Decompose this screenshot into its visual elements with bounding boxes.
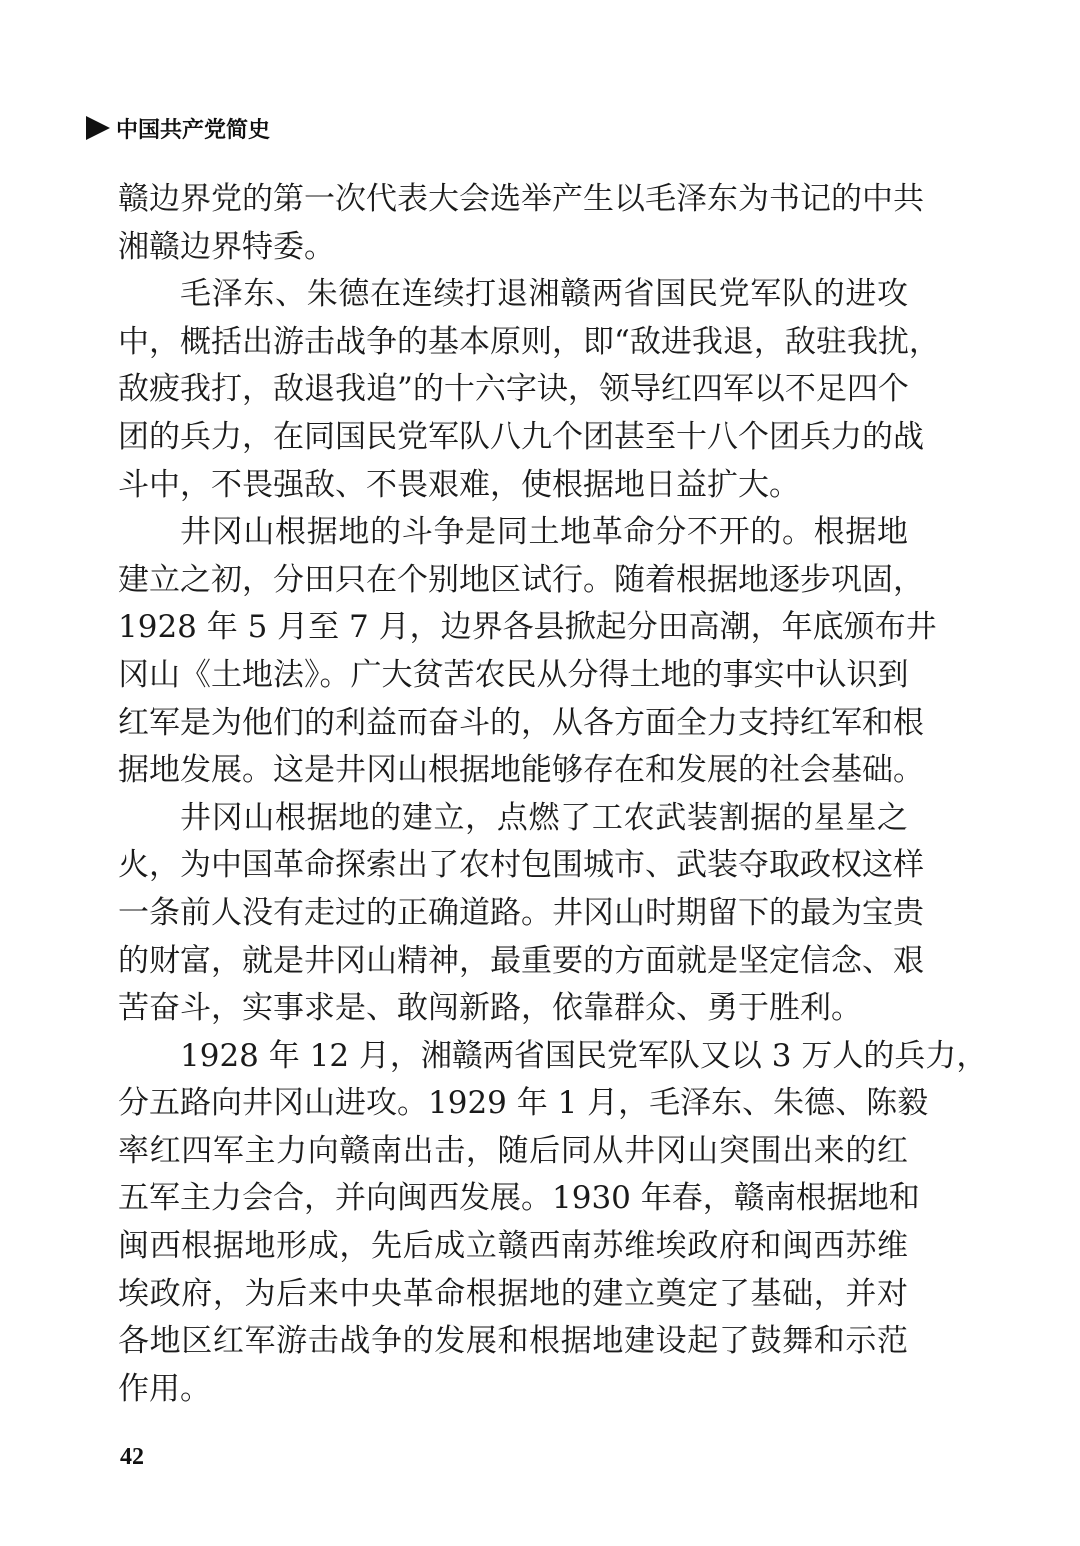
book-title: 中国共产党简史 bbox=[116, 113, 270, 144]
text-line: 苦奋斗，实事求是、敢闯新路，依靠群众、勇于胜利。 bbox=[118, 985, 908, 1033]
text-line: 五军主力会合，并向闽西发展。1930 年春，赣南根据地和 bbox=[118, 1175, 908, 1223]
text-line: 毛泽东、朱德在连续打退湘赣两省国民党军队的进攻 bbox=[118, 271, 908, 319]
text-line: 团的兵力，在同国民党军队八九个团甚至十八个团兵力的战 bbox=[118, 414, 908, 462]
paragraph: 井冈山根据地的建立，点燃了工农武装割据的星星之 火，为中国革命探索出了农村包围城… bbox=[118, 795, 908, 1033]
text-line: 井冈山根据地的斗争是同土地革命分不开的。根据地 bbox=[118, 509, 908, 557]
text-line: 率红四军主力向赣南出击，随后同从井冈山突围出来的红 bbox=[118, 1128, 908, 1176]
text-line: 红军是为他们的利益而奋斗的，从各方面全力支持红军和根 bbox=[118, 700, 908, 748]
text-line: 作用。 bbox=[118, 1366, 908, 1414]
text-line: 各地区红军游击战争的发展和根据地建设起了鼓舞和示范 bbox=[118, 1318, 908, 1366]
text-line: 敌疲我打，敌退我追”的十六字诀，领导红四军以不足四个 bbox=[118, 366, 908, 414]
text-line: 井冈山根据地的建立，点燃了工农武装割据的星星之 bbox=[118, 795, 908, 843]
text-line: 一条前人没有走过的正确道路。井冈山时期留下的最为宝贵 bbox=[118, 890, 908, 938]
text-line: 火，为中国革命探索出了农村包围城市、武装夺取政权这样 bbox=[118, 842, 908, 890]
text-line: 冈山《土地法》。广大贫苦农民从分得土地的事实中认识到 bbox=[118, 652, 908, 700]
text-line: 建立之初，分田只在个别地区试行。随着根据地逐步巩固， bbox=[118, 557, 908, 605]
paragraph: 井冈山根据地的斗争是同土地革命分不开的。根据地 建立之初，分田只在个别地区试行。… bbox=[118, 509, 908, 795]
text-line: 1928 年 12 月，湘赣两省国民党军队又以 3 万人的兵力， bbox=[118, 1033, 908, 1081]
text-line: 中，概括出游击战争的基本原则，即“敌进我退，敌驻我扰， bbox=[118, 319, 908, 367]
text-line: 据地发展。这是井冈山根据地能够存在和发展的社会基础。 bbox=[118, 747, 908, 795]
text-line: 湘赣边界特委。 bbox=[118, 224, 908, 272]
text-line: 分五路向井冈山进攻。1929 年 1 月，毛泽东、朱德、陈毅 bbox=[118, 1080, 908, 1128]
paragraph: 赣边界党的第一次代表大会选举产生以毛泽东为书记的中共 湘赣边界特委。 bbox=[118, 176, 908, 271]
triangle-right-icon bbox=[86, 116, 110, 140]
paragraph: 1928 年 12 月，湘赣两省国民党军队又以 3 万人的兵力， 分五路向井冈山… bbox=[118, 1033, 908, 1414]
text-line: 1928 年 5 月至 7 月，边界各县掀起分田高潮，年底颁布井 bbox=[118, 604, 908, 652]
body-text: 赣边界党的第一次代表大会选举产生以毛泽东为书记的中共 湘赣边界特委。 毛泽东、朱… bbox=[118, 176, 908, 1413]
text-line: 闽西根据地形成，先后成立赣西南苏维埃政府和闽西苏维 bbox=[118, 1223, 908, 1271]
running-head: 中国共产党简史 bbox=[86, 111, 270, 145]
page-number: 42 bbox=[120, 1444, 144, 1471]
text-line: 的财富，就是井冈山精神，最重要的方面就是坚定信念、艰 bbox=[118, 938, 908, 986]
text-line: 赣边界党的第一次代表大会选举产生以毛泽东为书记的中共 bbox=[118, 176, 908, 224]
paragraph: 毛泽东、朱德在连续打退湘赣两省国民党军队的进攻 中，概括出游击战争的基本原则，即… bbox=[118, 271, 908, 509]
text-line: 斗中，不畏强敌、不畏艰难，使根据地日益扩大。 bbox=[118, 462, 908, 510]
text-line: 埃政府，为后来中央革命根据地的建立奠定了基础，并对 bbox=[118, 1271, 908, 1319]
book-page: 中国共产党简史 赣边界党的第一次代表大会选举产生以毛泽东为书记的中共 湘赣边界特… bbox=[0, 0, 1080, 1546]
